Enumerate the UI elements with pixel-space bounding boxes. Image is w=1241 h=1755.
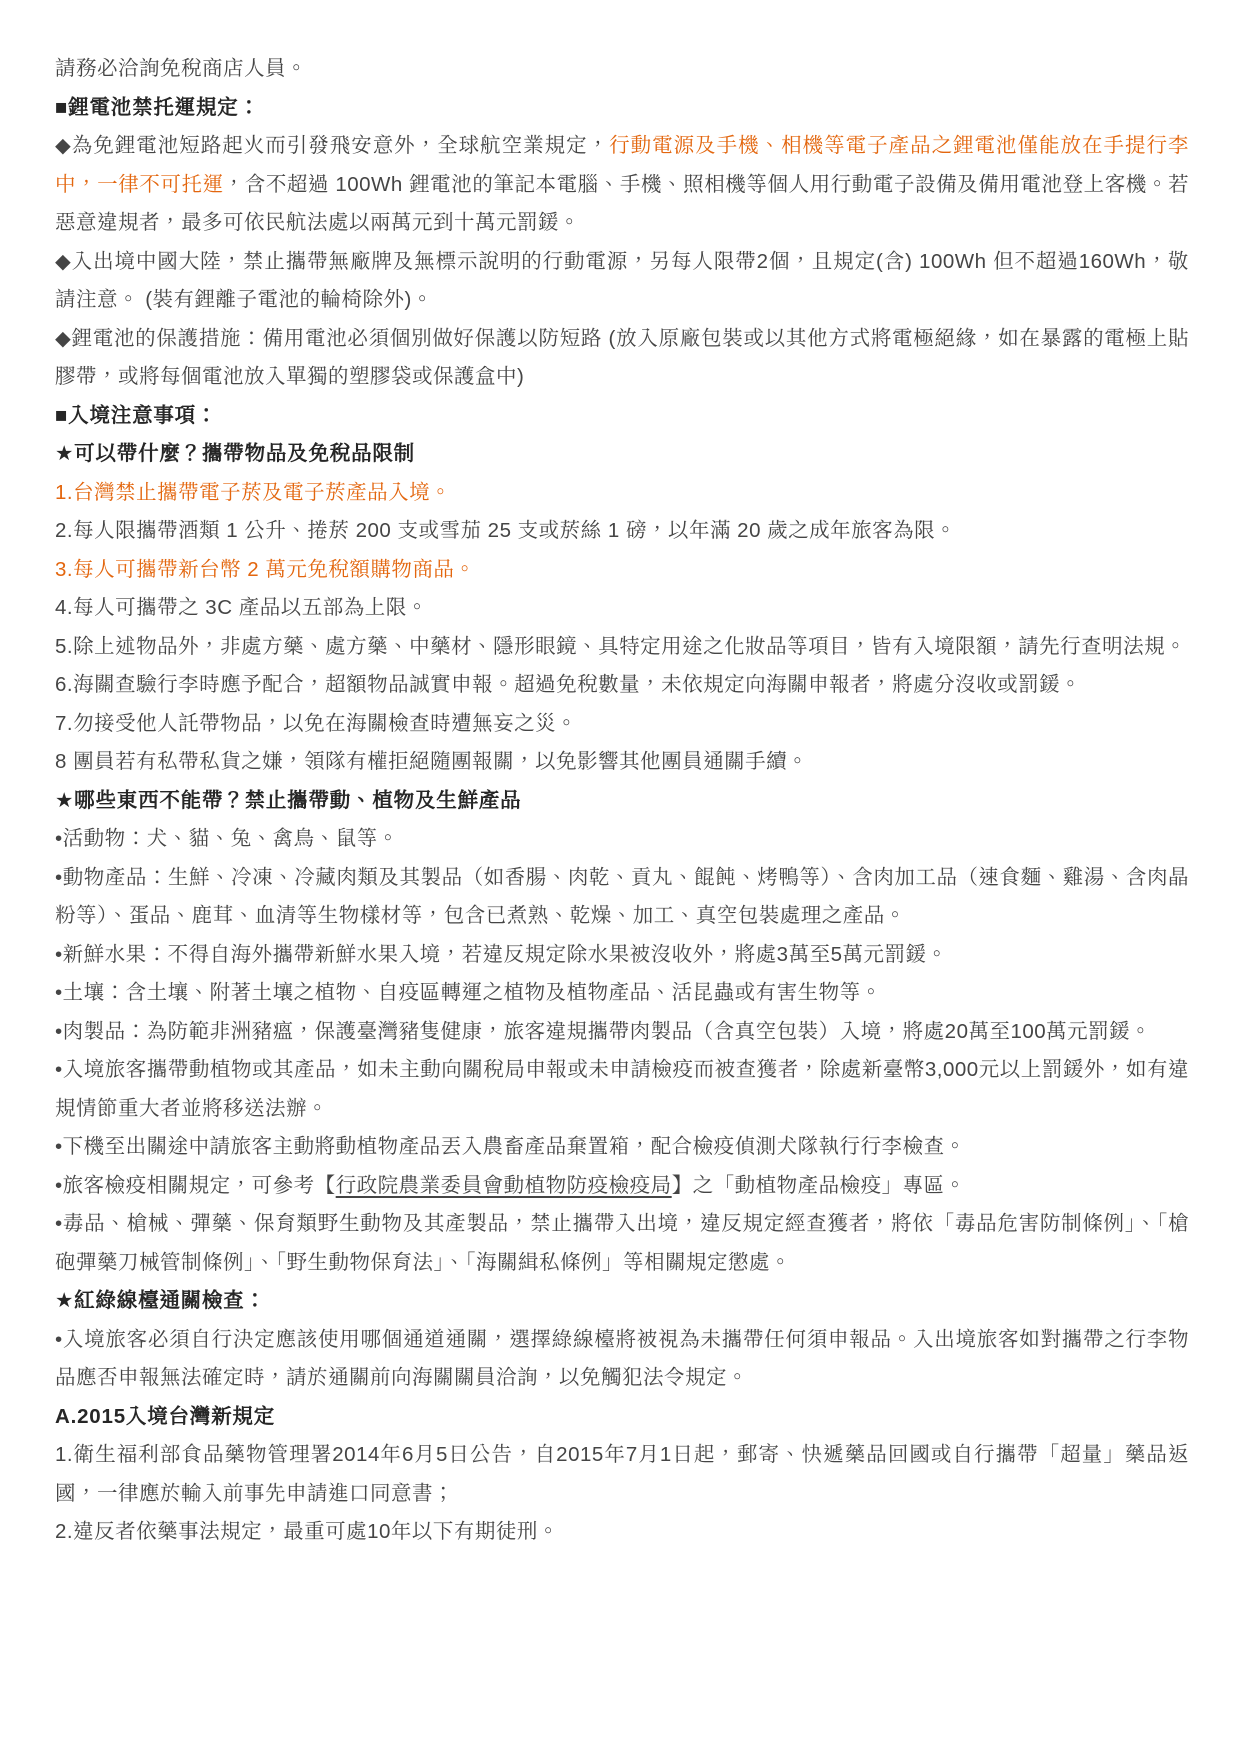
text-run: 6.海關查驗行李時應予配合，超額物品誠實申報。超過免稅數量，未依規定向海關申報者… (55, 673, 1081, 696)
document-body: 請務必洽詢免稅商店人員。■鋰電池禁托運規定：◆為免鋰電池短路起火而引發飛安意外，… (0, 0, 1241, 1552)
text-run: •旅客檢疫相關規定，可參考【 (55, 1174, 336, 1197)
text-run: 2.違反者依藥事法規定，最重可處10年以下有期徒刑。 (55, 1520, 559, 1543)
paragraph: •新鮮水果：不得自海外攜帶新鮮水果入境，若違反規定除水果被沒收外，將處3萬至5萬… (55, 936, 1189, 975)
text-run: 8 團員若有私帶私貨之嫌，領隊有權拒絕隨團報關，以免影響其他團員通關手續。 (55, 750, 808, 773)
text-run: 請務必洽詢免稅商店人員。 (55, 57, 307, 80)
text-run: ■入境注意事項： (55, 404, 217, 427)
paragraph: •活動物：犬、貓、兔、禽鳥、鼠等。 (55, 820, 1189, 859)
accent-text-run: 1.台灣禁止攜帶電子菸及電子菸產品入境。 (55, 481, 451, 504)
paragraph: •入境旅客攜帶動植物或其產品，如未主動向關稅局申報或未申請檢疫而被查獲者，除處新… (55, 1051, 1189, 1128)
text-run: 1.衛生福利部食品藥物管理署2014年6月5日公告，自2015年7月1日起，郵寄… (55, 1443, 1189, 1505)
text-run: ■鋰電池禁托運規定： (55, 96, 260, 119)
section-heading: ■入境注意事項： (55, 397, 1189, 436)
text-run: •毒品、槍械、彈藥、保育類野生動物及其產製品，禁止攜帶入出境，違反規定經查獲者，… (55, 1212, 1189, 1274)
accent-text-run: 3.每人可攜帶新台幣 2 萬元免稅額購物商品。 (55, 558, 475, 581)
text-run: •入境旅客攜帶動植物或其產品，如未主動向關稅局申報或未申請檢疫而被查獲者，除處新… (55, 1058, 1189, 1120)
text-run: •肉製品：為防範非洲豬瘟，保護臺灣豬隻健康，旅客違規攜帶肉製品（含真空包裝）入境… (55, 1020, 1151, 1043)
section-heading: ★哪些東西不能帶？禁止攜帶動、植物及生鮮產品 (55, 782, 1189, 821)
section-heading: ★可以帶什麼？攜帶物品及免稅品限制 (55, 435, 1189, 474)
paragraph: ◆鋰電池的保護措施：備用電池必須個別做好保護以防短路 (放入原廠包裝或以其他方式… (55, 320, 1189, 397)
paragraph: •動物產品：生鮮、冷凍、冷藏肉類及其製品（如香腸、肉乾、貢丸、餛飩、烤鴨等）、含… (55, 859, 1189, 936)
text-run: ◆為免鋰電池短路起火而引發飛安意外，全球航空業規定， (55, 134, 609, 157)
text-run: ★可以帶什麼？攜帶物品及免稅品限制 (55, 442, 415, 465)
quarantine-bureau-link[interactable]: 行政院農業委員會動植物防疫檢疫局 (336, 1174, 672, 1197)
document-page: 請務必洽詢免稅商店人員。■鋰電池禁托運規定：◆為免鋰電池短路起火而引發飛安意外，… (0, 0, 1241, 1755)
paragraph: •肉製品：為防範非洲豬瘟，保護臺灣豬隻健康，旅客違規攜帶肉製品（含真空包裝）入境… (55, 1013, 1189, 1052)
text-run: ◆鋰電池的保護措施：備用電池必須個別做好保護以防短路 (放入原廠包裝或以其他方式… (55, 327, 1189, 389)
text-run: •活動物：犬、貓、兔、禽鳥、鼠等。 (55, 827, 399, 850)
text-run: •動物產品：生鮮、冷凍、冷藏肉類及其製品（如香腸、肉乾、貢丸、餛飩、烤鴨等）、含… (55, 866, 1189, 928)
paragraph: •土壤：含土壤、附著土壤之植物、自疫區轉運之植物及植物產品、活昆蟲或有害生物等。 (55, 974, 1189, 1013)
paragraph: •入境旅客必須自行決定應該使用哪個通道通關，選擇綠線檯將被視為未攜帶任何須申報品… (55, 1321, 1189, 1398)
text-run: ★哪些東西不能帶？禁止攜帶動、植物及生鮮產品 (55, 789, 521, 812)
text-run: •新鮮水果：不得自海外攜帶新鮮水果入境，若違反規定除水果被沒收外，將處3萬至5萬… (55, 943, 947, 966)
paragraph: 1.衛生福利部食品藥物管理署2014年6月5日公告，自2015年7月1日起，郵寄… (55, 1436, 1189, 1513)
paragraph: 請務必洽詢免稅商店人員。 (55, 50, 1189, 89)
section-heading: ■鋰電池禁托運規定： (55, 89, 1189, 128)
paragraph: 1.台灣禁止攜帶電子菸及電子菸產品入境。 (55, 474, 1189, 513)
text-run: ，含不超過 100Wh 鋰電池的筆記本電腦、手機、照相機等個人用行動電子設備及備… (55, 173, 1189, 235)
text-run: ★紅綠線檯通關檢查： (55, 1289, 266, 1312)
paragraph: •毒品、槍械、彈藥、保育類野生動物及其產製品，禁止攜帶入出境，違反規定經查獲者，… (55, 1205, 1189, 1282)
paragraph: 2.違反者依藥事法規定，最重可處10年以下有期徒刑。 (55, 1513, 1189, 1552)
paragraph: •旅客檢疫相關規定，可參考【行政院農業委員會動植物防疫檢疫局】之「動植物產品檢疫… (55, 1167, 1189, 1206)
text-run: •下機至出關途中請旅客主動將動植物產品丟入農畜產品棄置箱，配合檢疫偵測犬隊執行行… (55, 1135, 966, 1158)
paragraph: ◆入出境中國大陸，禁止攜帶無廠牌及無標示說明的行動電源，另每人限帶2個，且規定(… (55, 243, 1189, 320)
paragraph: 8 團員若有私帶私貨之嫌，領隊有權拒絕隨團報關，以免影響其他團員通關手續。 (55, 743, 1189, 782)
paragraph: 3.每人可攜帶新台幣 2 萬元免稅額購物商品。 (55, 551, 1189, 590)
paragraph: 7.勿接受他人託帶物品，以免在海關檢查時遭無妄之災。 (55, 705, 1189, 744)
text-run: 7.勿接受他人託帶物品，以免在海關檢查時遭無妄之災。 (55, 712, 577, 735)
section-heading: A.2015入境台灣新規定 (55, 1398, 1189, 1437)
paragraph: 5.除上述物品外，非處方藥、處方藥、中藥材、隱形眼鏡、具特定用途之化妝品等項目，… (55, 628, 1189, 667)
text-run: 】之「動植物產品檢疫」專區。 (672, 1174, 966, 1197)
text-run: A.2015入境台灣新規定 (55, 1405, 275, 1428)
text-run: 2.每人限攜帶酒類 1 公升、捲菸 200 支或雪茄 25 支或菸絲 1 磅，以… (55, 519, 956, 542)
paragraph: 2.每人限攜帶酒類 1 公升、捲菸 200 支或雪茄 25 支或菸絲 1 磅，以… (55, 512, 1189, 551)
paragraph: ◆為免鋰電池短路起火而引發飛安意外，全球航空業規定，行動電源及手機、相機等電子產… (55, 127, 1189, 243)
paragraph: 4.每人可攜帶之 3C 產品以五部為上限。 (55, 589, 1189, 628)
paragraph: 6.海關查驗行李時應予配合，超額物品誠實申報。超過免稅數量，未依規定向海關申報者… (55, 666, 1189, 705)
text-run: •入境旅客必須自行決定應該使用哪個通道通關，選擇綠線檯將被視為未攜帶任何須申報品… (55, 1328, 1189, 1390)
paragraph: •下機至出關途中請旅客主動將動植物產品丟入農畜產品棄置箱，配合檢疫偵測犬隊執行行… (55, 1128, 1189, 1167)
text-run: •土壤：含土壤、附著土壤之植物、自疫區轉運之植物及植物產品、活昆蟲或有害生物等。 (55, 981, 882, 1004)
text-run: ◆入出境中國大陸，禁止攜帶無廠牌及無標示說明的行動電源，另每人限帶2個，且規定(… (55, 250, 1189, 312)
text-run: 5.除上述物品外，非處方藥、處方藥、中藥材、隱形眼鏡、具特定用途之化妝品等項目，… (55, 635, 1186, 658)
text-run: 4.每人可攜帶之 3C 產品以五部為上限。 (55, 596, 428, 619)
section-heading: ★紅綠線檯通關檢查： (55, 1282, 1189, 1321)
